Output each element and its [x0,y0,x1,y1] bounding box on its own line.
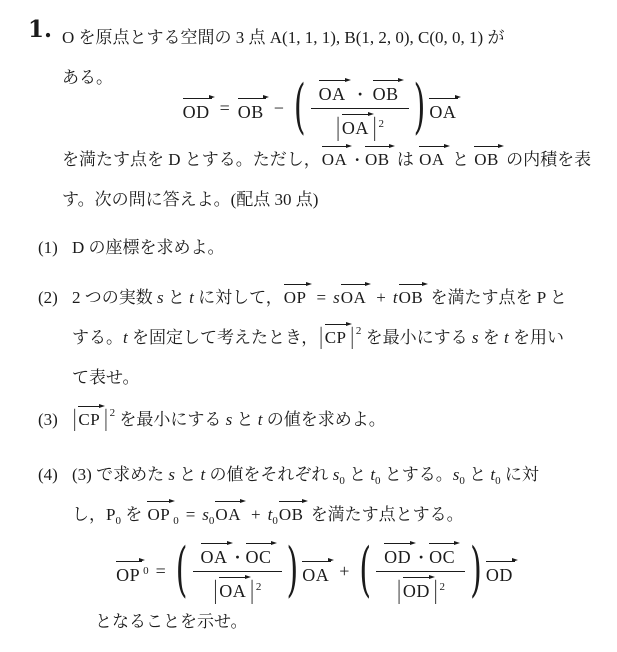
plus-sign: + [251,505,261,524]
exponent: 2 [110,407,116,419]
fraction-numerator: OA·OC [193,540,282,572]
minus-sign: − [274,98,284,119]
text-segment: は [393,150,419,169]
displayed-formula-od: OD = OB − ( OA · OB |OA|2 ) OA [0,74,617,142]
vector-od: OD [182,95,213,122]
text-segment: と [465,465,491,484]
question-3-label: (3) [38,400,72,440]
abs-bar: | [350,308,355,366]
vector-ob: OB [473,143,502,169]
text-segment: と [345,465,371,484]
text-segment: に対 [501,465,539,484]
abs-bar: | [249,576,255,606]
vector-oa: OA [301,558,332,585]
vector-oc: OC [428,540,458,567]
question-1-label: (1) [38,228,72,268]
question-3: (3) |CP|2 を最小にする s と t の値を求めよ。 [38,400,386,440]
text-segment: する。 [72,328,123,347]
dot-product-operator: · [235,547,241,567]
question-3-text: |CP|2 を最小にする s と t の値を求めよ。 [72,400,386,440]
equals-sign: = [186,505,196,524]
vector-oa: OA [218,574,249,601]
text-segment: (3) で求めた [72,465,168,484]
question-4-label: (4) [38,455,72,495]
abs-bar: | [433,576,439,606]
var-s: s [472,328,479,347]
vector-oa: OA [318,77,349,104]
right-paren: ) [470,536,482,604]
vector-ob: OB [372,77,402,104]
text-segment: を満たす点を D とする。ただし， [62,150,321,169]
text-segment: と [448,150,474,169]
fraction-od-oc: OD·OC |OD|2 [376,540,465,602]
vector-oa: OA [340,281,370,307]
problem-body: を満たす点を D とする。ただし，OA·OB は OA と OB の内積を表 す… [62,140,607,220]
fraction-denominator: |OA|2 [335,109,384,139]
abs-bar: | [372,113,378,143]
vector-oa: OA [321,143,351,169]
text-segment: を最小にする [115,410,226,429]
fraction-denominator: |OD|2 [396,572,445,602]
equals-sign: = [156,561,166,582]
question-2-text: 2 つの実数 s と t に対して，OP=sOA+tOB を満たす点を P と … [72,278,567,398]
var-s: s [333,288,340,307]
question-4-line-2: し，P0 を OP0=s0OA+t0OB を満たす点とする。 [72,495,539,535]
displayed-formula-op0: OP0 = ( OA·OC |OA|2 ) OA + ( OD·OC |OD|2… [0,536,617,606]
exam-sheet: 1. O を原点とする空間の 3 点 A(1, 1, 1), B(1, 2, 0… [0,0,617,652]
vector-oa: OA [428,95,459,122]
question-2-line-2: する。t を固定して考えたとき，|CP|2 を最小にする s を t を用い [72,318,567,358]
vector-oa: OA [200,540,231,567]
plus-sign: + [376,288,386,307]
vector-oa: OA [214,498,244,524]
vector-ob: OB [398,281,427,307]
vector-oa: OA [341,111,372,138]
vector-cp: CP [324,321,350,347]
left-paren: ( [359,536,371,604]
question-1: (1) D の座標を求めよ。 [38,228,225,268]
body-line-1: を満たす点を D とする。ただし，OA·OB は OA と OB の内積を表 [62,140,607,180]
problem-number: 1. [28,16,52,43]
text-segment: の値を求めよ。 [262,410,385,429]
right-paren: ) [414,73,426,141]
text-segment: に対して， [194,288,283,307]
fraction-oa-oc: OA·OC |OA|2 [193,540,282,602]
vector-oa: OA [418,143,448,169]
text-segment: を満たす点とする。 [306,505,463,524]
question-1-text: D の座標を求めよ。 [72,228,225,268]
question-2: (2) 2 つの実数 s と t に対して，OP=sOA+tOB を満たす点を … [38,278,567,398]
text-segment: を固定して考えたとき， [128,328,319,347]
vector-op0: OP [115,558,143,585]
vector-ob: OB [237,95,267,122]
closing-statement: となることを示せ。 [95,602,248,642]
exponent: 2 [356,325,362,337]
question-4: (4) (3) で求めた s と t の値をそれぞれ s0 と t0 とする。s… [38,455,539,535]
text-segment: を [121,505,147,524]
exponent: 2 [379,118,385,130]
left-paren: ( [294,73,306,141]
dot-product-operator: · [357,84,363,104]
var-s: s [168,465,175,484]
vector-op: OP [283,281,310,307]
text-segment: し，P [72,505,115,524]
vector-op0: OP [146,498,173,524]
fraction-denominator: |OA|2 [213,572,262,602]
vector-od: OD [485,558,516,585]
fraction-oa-ob: OA · OB |OA|2 [311,77,409,139]
vector-ob: OB [278,498,307,524]
intro-line-1: O を原点とする空間の 3 点 A(1, 1, 1), B(1, 2, 0), … [62,18,602,58]
fraction-numerator: OD·OC [376,540,465,572]
text-segment: 2 つの実数 [72,288,157,307]
vector-cp: CP [77,403,103,429]
left-paren: ( [176,536,188,604]
subscript-zero: 0 [173,515,179,527]
var-s0: s [202,505,209,524]
equals-sign: = [317,288,327,307]
equals-sign: = [220,98,230,119]
text-segment: の内積を表 [502,150,591,169]
text-segment: と [164,288,190,307]
text-segment: の値をそれぞれ [205,465,333,484]
exponent: 2 [256,581,262,593]
text-segment: とする。 [381,465,453,484]
vector-od: OD [383,540,414,567]
text-segment: と [175,465,201,484]
question-4-line-1: (3) で求めた s と t の値をそれぞれ s0 と t0 とする。s0 と … [72,455,539,495]
fraction-numerator: OA · OB [311,77,409,109]
body-line-2: す。次の問に答えよ。(配点 30 点) [62,180,607,220]
text-segment: を満たす点を P と [426,288,567,307]
subscript-zero: 0 [143,565,149,577]
dot-product-operator: · [354,150,360,169]
question-2-label: (2) [38,278,72,318]
plus-sign: + [339,561,349,582]
text-segment: を [479,328,505,347]
dot-product-operator: · [418,547,424,567]
vector-ob: OB [364,143,393,169]
right-paren: ) [287,536,299,604]
abs-bar: | [103,390,108,448]
question-4-text: (3) で求めた s と t の値をそれぞれ s0 と t0 とする。s0 と … [72,455,539,535]
text-segment: を最小にする [361,328,472,347]
text-segment: を用い [509,328,564,347]
var-s: s [157,288,164,307]
vector-oc: OC [245,540,275,567]
vector-od: OD [402,574,433,601]
exponent: 2 [440,581,446,593]
text-segment: と [232,410,258,429]
